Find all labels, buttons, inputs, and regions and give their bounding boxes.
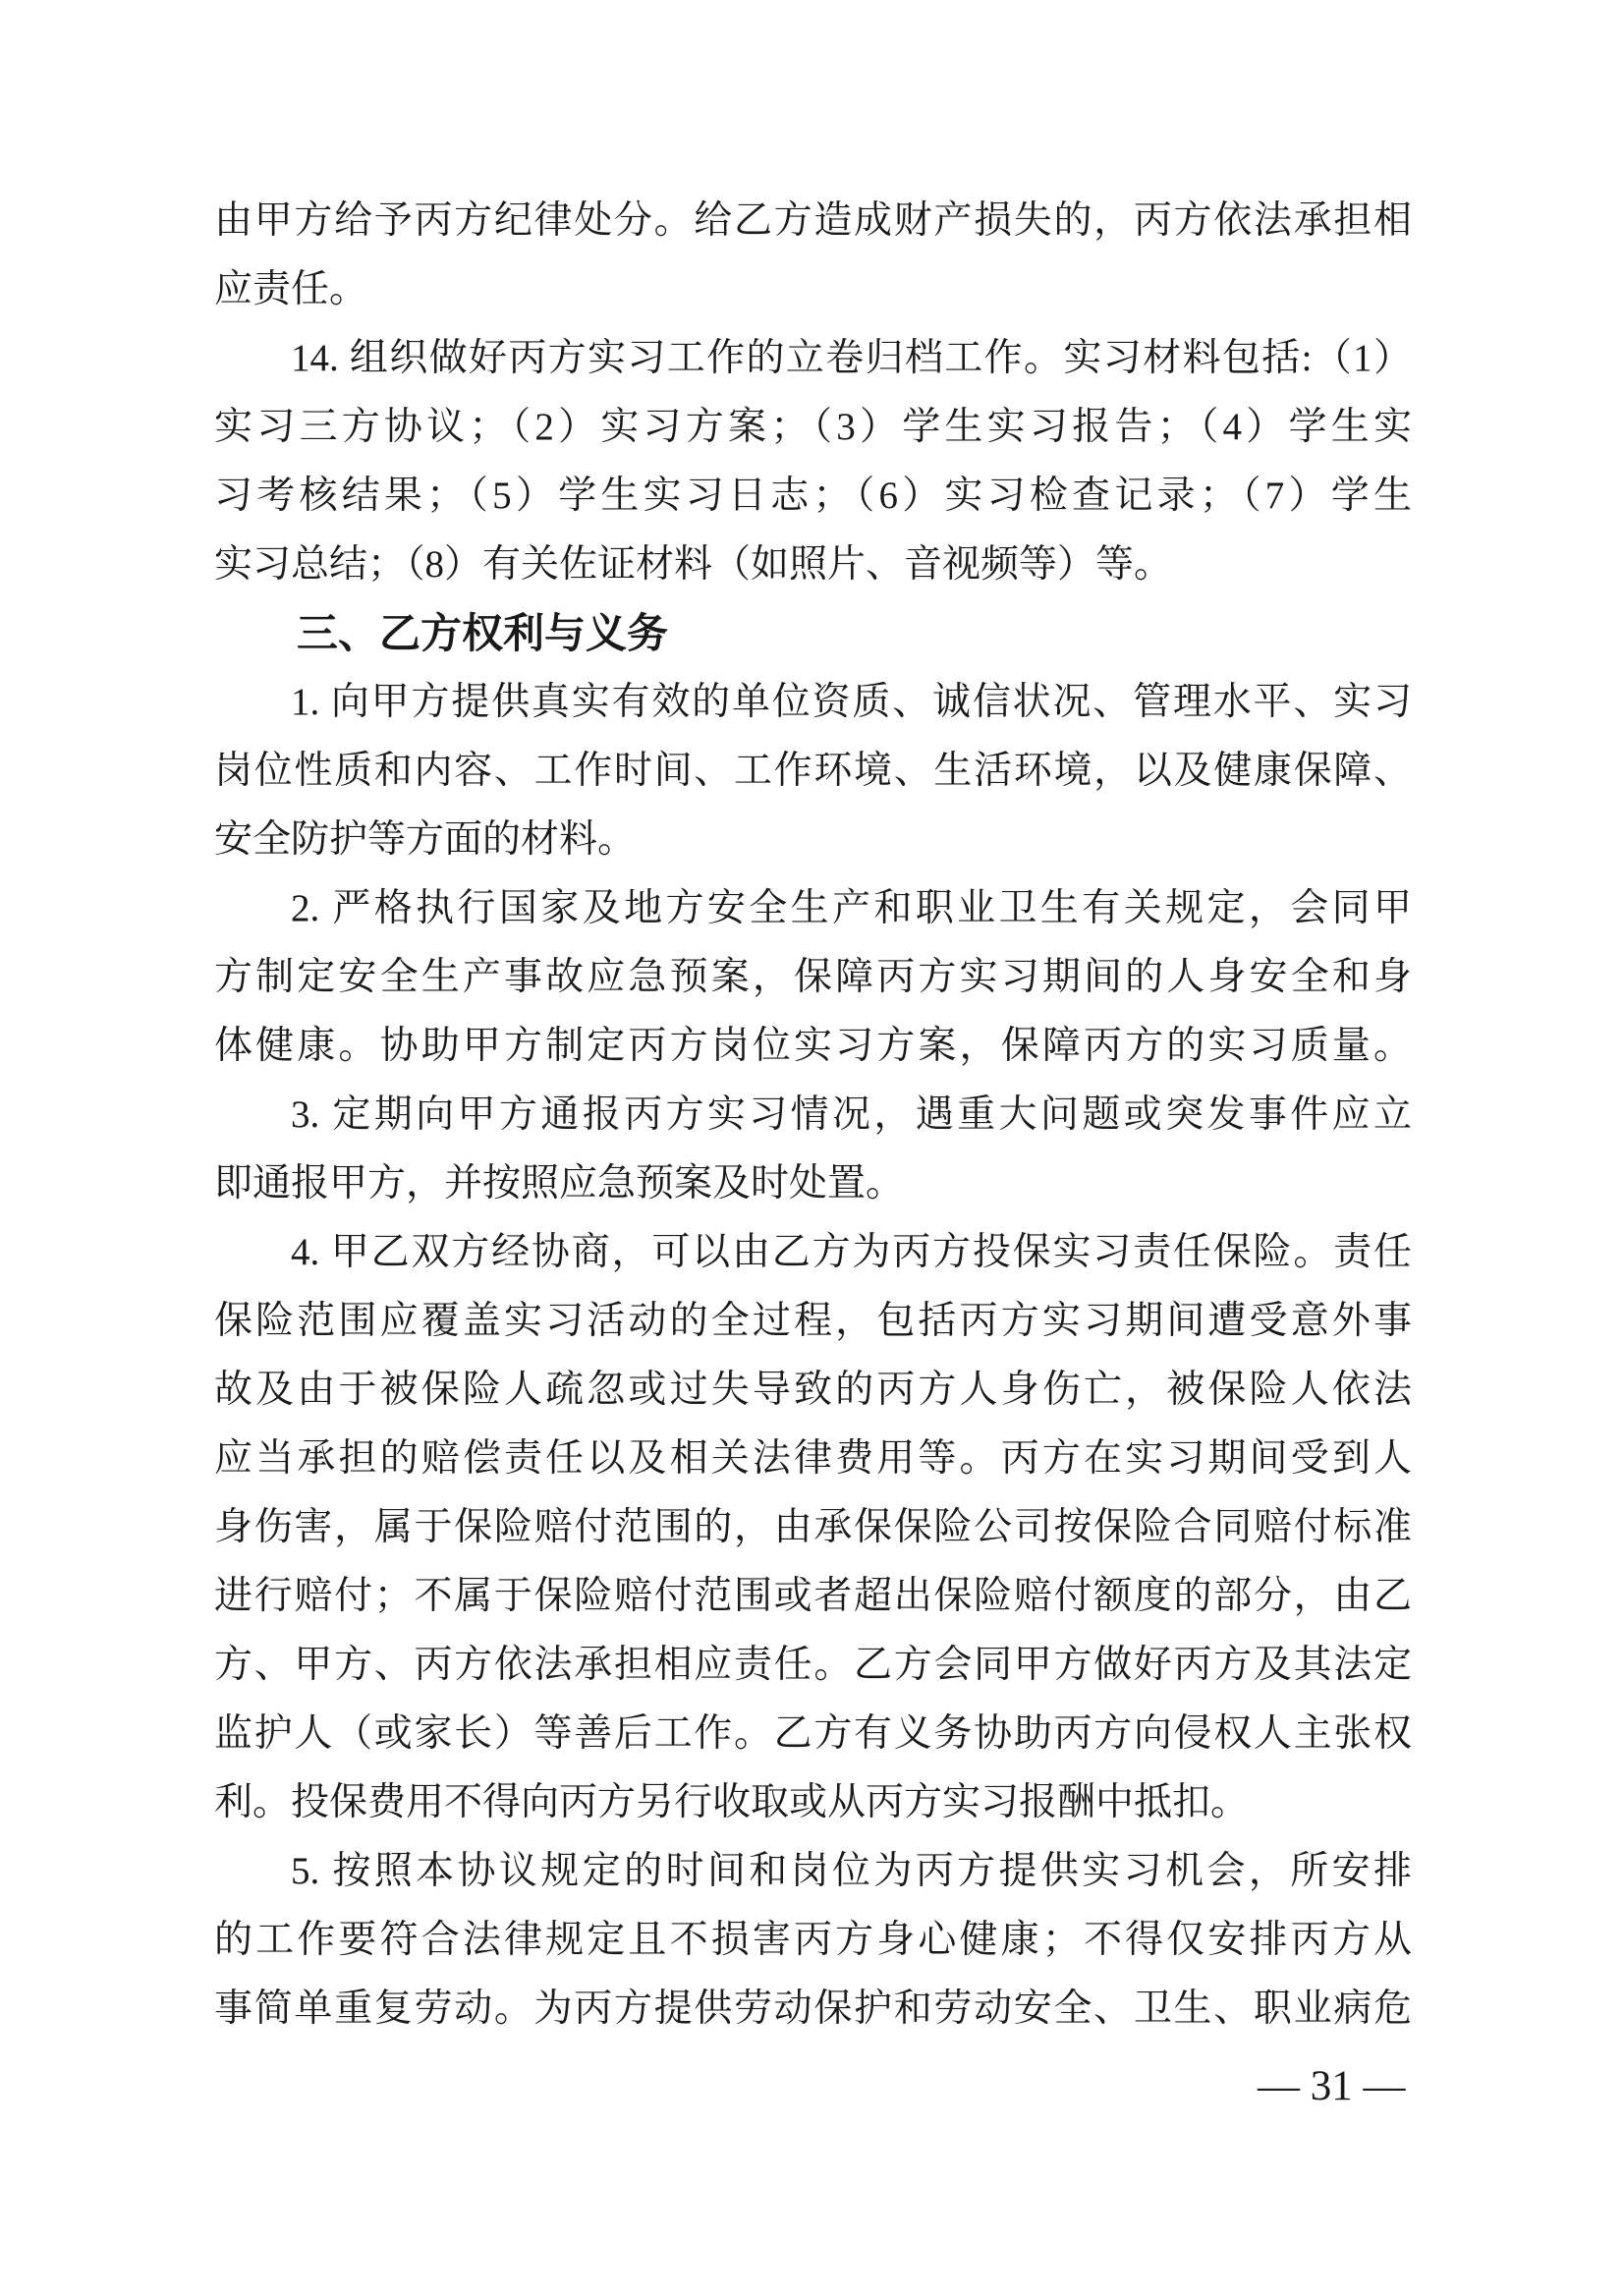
- body-line: 故及由于被保险人疏忽或过失导致的丙方人身伤亡，被保险人依法: [214, 1356, 1412, 1425]
- body-line: 方制定安全生产事故应急预案，保障丙方实习期间的人身安全和身: [214, 943, 1412, 1012]
- body-line: 习考核结果；（5）学生实习日志；（6）实习检查记录；（7）学生: [214, 462, 1412, 531]
- body-line: 事简单重复劳动。为丙方提供劳动保护和劳动安全、卫生、职业病危: [214, 1975, 1412, 2044]
- body-text: 由甲方给予丙方纪律处分。给乙方造成财产损失的，丙方依法承担相 应责任。 14. …: [214, 187, 1412, 2044]
- body-line: 实习三方协议；（2）实习方案；（3）学生实习报告；（4）学生实: [214, 393, 1412, 462]
- body-line: 2. 严格执行国家及地方安全生产和职业卫生有关规定，会同甲: [214, 874, 1412, 943]
- body-line: 3. 定期向甲方通报丙方实习情况，遇重大问题或突发事件应立: [214, 1081, 1412, 1149]
- body-line: 进行赔付；不属于保险赔付范围或者超出保险赔付额度的部分，由乙: [214, 1562, 1412, 1631]
- page-number: — 31 —: [1258, 2063, 1434, 2110]
- body-line: 1. 向甲方提供真实有效的单位资质、诚信状况、管理水平、实习: [214, 668, 1412, 737]
- body-line: 5. 按照本协议规定的时间和岗位为丙方提供实习机会，所安排: [214, 1837, 1412, 1906]
- body-line: 身伤害，属于保险赔付范围的，由承保保险公司按保险合同赔付标准: [214, 1493, 1412, 1562]
- body-line: 体健康。协助甲方制定丙方岗位实习方案，保障丙方的实习质量。: [214, 1012, 1412, 1081]
- body-line: 4. 甲乙双方经协商，可以由乙方为丙方投保实习责任保险。责任: [214, 1218, 1412, 1287]
- body-line: 应当承担的赔偿责任以及相关法律费用等。丙方在实习期间受到人: [214, 1425, 1412, 1493]
- body-line: 保险范围应覆盖实习活动的全过程，包括丙方实习期间遭受意外事: [214, 1287, 1412, 1356]
- body-line: 即通报甲方，并按照应急预案及时处置。: [214, 1149, 1412, 1218]
- body-line: 方、甲方、丙方依法承担相应责任。乙方会同甲方做好丙方及其法定: [214, 1631, 1412, 1700]
- body-line: 实习总结；（8）有关佐证材料（如照片、音视频等）等。: [214, 531, 1412, 599]
- body-line: 监护人（或家长）等善后工作。乙方有义务协助丙方向侵权人主张权: [214, 1700, 1412, 1768]
- body-line: 由甲方给予丙方纪律处分。给乙方造成财产损失的，丙方依法承担相: [214, 187, 1412, 255]
- body-line: 的工作要符合法律规定且不损害丙方身心健康；不得仅安排丙方从: [214, 1906, 1412, 1975]
- section-heading: 三、乙方权利与义务: [214, 599, 1412, 668]
- body-line: 利。投保费用不得向丙方另行收取或从丙方实习报酬中抵扣。: [214, 1768, 1412, 1837]
- document-page: 由甲方给予丙方纪律处分。给乙方造成财产损失的，丙方依法承担相 应责任。 14. …: [0, 0, 1624, 2296]
- body-line: 应责任。: [214, 255, 1412, 324]
- body-line: 安全防护等方面的材料。: [214, 806, 1412, 874]
- body-line: 岗位性质和内容、工作时间、工作环境、生活环境，以及健康保障、: [214, 737, 1412, 806]
- body-line: 14. 组织做好丙方实习工作的立卷归档工作。实习材料包括:（1）: [214, 324, 1412, 393]
